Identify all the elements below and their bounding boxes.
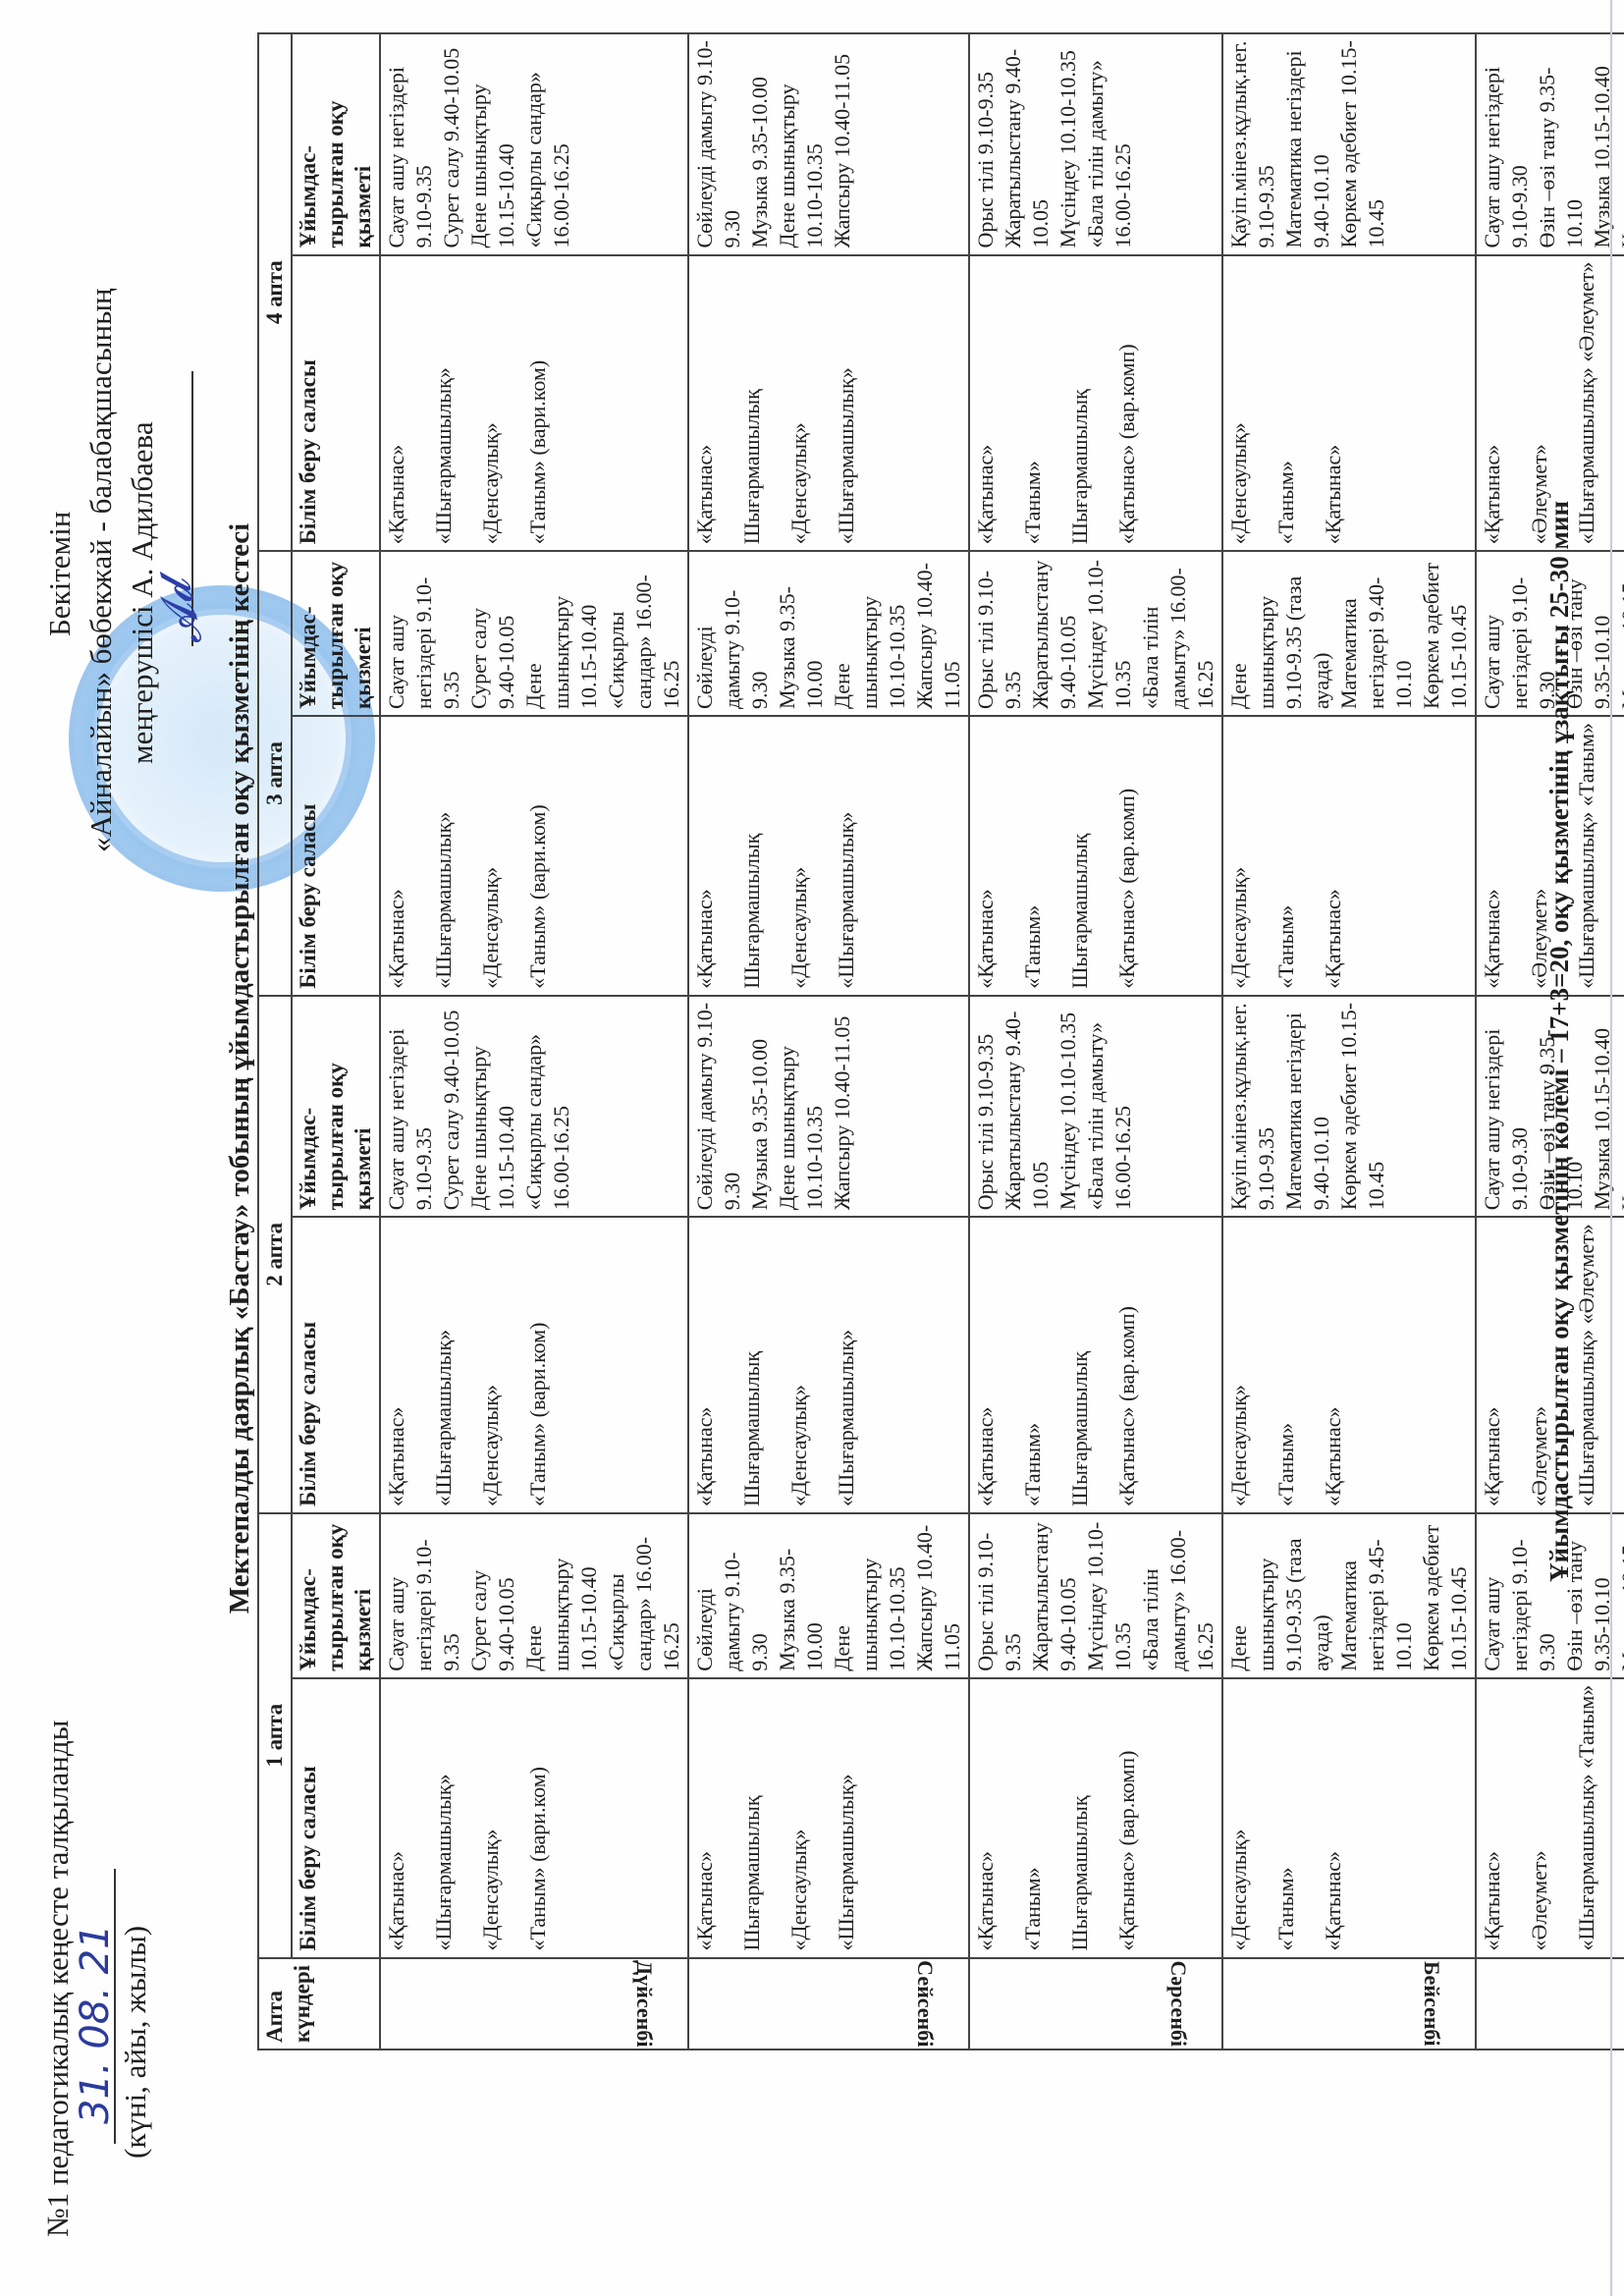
schedule-table: Апта күндері 1 апта 2 апта 3 апта 4 апта… [257,32,1624,2050]
activity-cell: Сауат ашу негіздері 9.10-9.35Сурет салу … [380,551,688,716]
activity-cell: Қауіп.мінез.құлық.нег. 9.10-9.35Математи… [1222,996,1476,1218]
area-entry: «Денсаулық» [1225,1685,1253,1951]
activity-entry: Сауат ашу негіздері 9.10-9.35 [383,40,438,248]
activity-entry: «Бала тілін дамыту» 16.00-16.25 [1137,1520,1219,1671]
area-cell: «Қатынас»«Шығармашылық»«Денсаулық»«Таным… [380,1217,688,1513]
day-cell: Дүйсенбі [380,1958,688,2050]
activity-entry: Орыс тілі 9.10-9.35 [972,558,1027,709]
area-entry: «Денсаулық» [1225,723,1253,989]
activity-entry: «Бала тілін дамыту» 16.00-16.25 [1082,1003,1137,1211]
area-entry: «Қатынас» (вар.комп) [1113,723,1141,989]
area-entry: «Таным» (вари.ком) [524,262,552,545]
activity-entry: Орыс тілі 9.10-9.35 [972,1003,1000,1211]
activity-entry: Математика негіздері 9.40-10.10 [1280,40,1335,248]
area-entry: «Қатынас» [383,262,410,545]
activity-entry: Музыка 9.35-10.00 [746,40,774,248]
week-3-header: 3 апта [258,551,292,996]
area-entry: «Таным» (вари.ком) [524,1224,552,1506]
area-entry: «Қатынас» [1320,723,1347,989]
area-entry: «Әлеумет» (вор.комп) [1620,1685,1624,1951]
area-entry: «Қатынас» (вар.комп) [1113,262,1141,545]
week-2-header: 2 апта [258,996,292,1513]
area-entry: Шығармашылық [1066,1224,1094,1506]
activity-entry: Сауат ашу негіздері 9.10-9.35 [383,1003,438,1211]
day-cell: Бейсенбі [1222,1958,1476,2050]
area-entry: «Қатынас» [1479,262,1506,545]
activity-entry: Көркем әдебиет 10.15-10.45 [1335,1003,1390,1211]
area-cell: «Денсаулық»«Таным»«Қатынас» [1222,716,1476,996]
area-entry: «Қатынас» [972,262,1000,545]
activity-entry: Музыка 9.35-10.00 [774,558,829,709]
activity-cell: Сауат ашу негіздері 9.10-9.35Сурет салу … [380,996,688,1218]
area-cell: «Қатынас»«Шығармашылық»«Денсаулық»«Таным… [380,255,688,552]
area-entry: «Денсаулық» [477,1685,505,1951]
activity-entry: Музыка 10.15-10.40 Қоршаған орта.тан. 10… [1589,40,1624,248]
area-entry: «Таным» [1272,1685,1300,1951]
area-entry: «Таным» (вари.ком) [524,1685,552,1951]
area-entry: «Денсаулық» [785,262,813,545]
area-entry: «Қатынас» [1479,1224,1506,1506]
activity-entry: «Сиқырлы сандар» 16.00-16.25 [603,558,685,709]
day-label: Бейсенбі [1418,1959,1445,2049]
area-cell: «Қатынас»«Шығармашылық»«Денсаулық»«Таным… [380,1678,688,1958]
activity-entry: Сөйлеуді дамыту 9.10-9.30 [691,1003,746,1211]
area-entry: «Қатынас» [972,1224,1000,1506]
activity-entry: Математика негіздері 9.45-10.10 [1335,1520,1418,1671]
activity-entry: Сурет салу 9.40-10.05 [438,1003,465,1211]
activity-cell: Сөйлеуді дамыту 9.10-9.30Музыка 9.35-10.… [688,996,969,1218]
activity-entry: Музыка 9.35-10.00 [774,1520,829,1671]
organization-name: «Айналайын» бөбекжай - балабақшасының [81,67,122,852]
week-4-header: 4 апта [258,33,292,551]
activity-entry: Музыка 9.35-10.00 [746,1003,774,1211]
activity-cell: Орыс тілі 9.10-9.35Жаратылыстану 9.40-10… [969,996,1222,1218]
area-cell: «Қатынас»«Таным»Шығармашылық«Қатынас» (в… [969,716,1222,996]
activity-entry: Дене шынықтыру 10.15-10.40 [465,40,520,248]
activity-entry: Дене шынықтыру 10.10-10.35 [774,1003,829,1211]
activity-entry: Көркем әдебиет 10.15-10.45 [1418,1520,1473,1671]
area-entry: «Денсаулық» [1225,262,1253,545]
activity-column-header: Ұйымдас-тырылған оқу қызметі [292,551,380,716]
activity-entry: Көркем әдебиет 10.15-10.45 [1418,558,1473,709]
area-entry: «Таным» [1272,723,1300,989]
area-cell: «Қатынас»Шығармашылық«Денсаулық»«Шығарма… [688,716,969,996]
area-entry: Шығармашылық [738,262,766,545]
activity-cell: Дене шынықтыру 9.10-9.35 (таза ауада)Мат… [1222,551,1476,716]
area-entry: «Әлеумет» (вор.комп) [1620,262,1624,545]
area-entry: Шығармашылық [1066,262,1094,545]
activity-entry: Дене шынықтыру 10.15-10.40 [465,1003,520,1211]
day-cell: Сәрсенбі [969,1958,1222,2050]
area-entry: «Денсаулық» [785,1685,813,1951]
area-entry: «Қатынас» [383,1224,410,1506]
area-entry: «Қатынас» [383,723,410,989]
activity-column-header: Ұйымдас-тырылған оқу қызметі [292,33,380,255]
activity-entry: Дене шынықтыру 10.10-10.35 [774,40,829,248]
activity-entry: Сауат ашу негіздері 9.10-9.30 [1479,1003,1534,1211]
activity-entry: «Бала тілін дамыту» 16.00-16.25 [1137,558,1219,709]
area-entry: «Таным» [1019,262,1047,545]
activity-entry: Математика негіздері 9.40-10.10 [1335,558,1418,709]
area-entry: «Шығармашылық» [430,1224,458,1506]
discussion-note: №1 педагогикалық кеңесте талқыланды 31. … [39,1720,154,2237]
area-entry: «Шығармашылық» [833,262,860,545]
activity-entry: Жаратылыстану 9.40-10.05 [1000,40,1055,248]
document-title: Мектепалды даярлық «Бастау» тобының ұйым… [224,86,256,2050]
activity-entry: Сөйлеуді дамыту 9.10-9.30 [691,1520,774,1671]
area-entry: «Әлеумет» (вор.комп) [1620,1224,1624,1506]
area-column-header: Білім беру саласы [292,255,380,552]
activity-entry: Дене шынықтыру 10.10-10.35 [829,1520,911,1671]
area-cell: «Қатынас»«Таным»Шығармашылық«Қатынас» (в… [969,1678,1222,1958]
day-label: Дүйсенбі [630,1959,658,2049]
activity-entry: Жапсыру 10.40-11.05 [829,40,856,248]
area-entry: Шығармашылық [1066,723,1094,989]
area-cell: «Қатынас»«Таным»Шығармашылық«Қатынас» (в… [969,255,1222,552]
table-row: Сәрсенбі«Қатынас»«Таным»Шығармашылық«Қат… [969,33,1222,2050]
activity-entry: Математика негіздері 9.40-10.10 [1280,1003,1335,1211]
activity-entry: Көркем әдебиет 10.15-10.45 [1335,40,1390,248]
head-name: меңгерушісі А. Адилбаева [122,67,163,764]
area-entry: «Шығармашылық» [833,1224,860,1506]
activity-entry: Мүсіндеу 10.10-10.35 [1055,40,1082,248]
area-entry: «Қатынас» [691,723,719,989]
area-entry: Шығармашылық [738,1685,766,1951]
activity-entry: Мүсіндеу 10.10-10.35 [1055,1003,1082,1211]
area-column-header: Білім беру саласы [292,1678,380,1958]
area-entry: «Қатынас» (вар.комп) [1113,1685,1141,1951]
activity-entry: Сурет салу 9.40-10.05 [465,558,520,709]
activity-entry: Дене шынықтыру 10.15-10.40 [520,1520,603,1671]
day-label: Сейсенбі [911,1959,939,2049]
activity-column-header: Ұйымдас-тырылған оқу қызметі [292,996,380,1218]
activity-entry: Мүсіндеу 10.10-10.35 [1082,558,1137,709]
activity-entry: Сурет салу 9.40-10.05 [438,40,465,248]
activity-entry: Сөйлеуді дамыту 9.10-9.30 [691,40,746,248]
area-entry: Шығармашылық [738,723,766,989]
table-row: Сейсенбі«Қатынас»Шығармашылық«Денсаулық»… [688,33,969,2050]
activity-entry: Сөйлеуді дамыту 9.10-9.30 [691,558,774,709]
day-header: Апта күндері [258,1958,380,2050]
activity-entry: Жапсыру 10.40-11.05 [911,558,966,709]
area-entry: «Қатынас» [1320,1685,1347,1951]
area-entry: «Шығармашылық» «Таным» [1573,723,1600,989]
area-column-header: Білім беру саласы [292,1217,380,1513]
activity-entry: «Сиқырлы сандар» 16.00-16.25 [520,1003,575,1211]
area-entry: «Қатынас» [1320,262,1347,545]
area-entry: «Шығармашылық» «Әлеумет» [1573,1224,1600,1506]
table-row: Дүйсенбі«Қатынас»«Шығармашылық»«Денсаулы… [380,33,688,2050]
activity-entry: Орыс тілі 9.10-9.35 [972,40,1000,248]
activity-entry: Музыка 10.15-10.40 Құрастыру 10.45-11.10 [1616,1520,1624,1671]
handwritten-date: 31. 08. 21 [77,1869,116,2144]
area-entry: «Таным» [1019,723,1047,989]
area-entry: «Шығармашылық» «Таным» [1573,1685,1600,1951]
day-label: Сәрсенбі [1164,1959,1192,2049]
footer-summary: Ұйымдастырылған оқу қызметінің көлемі – … [1544,32,1575,2050]
area-entry: «Қатынас» [972,723,1000,989]
activity-column-header: Ұйымдас-тырылған оқу қызметі [292,1513,380,1678]
area-entry: «Қатынас» [691,1224,719,1506]
area-entry: «Таным» [1019,1224,1047,1506]
area-entry: «Қатынас» [691,262,719,545]
activity-entry: Қауіп.мінез.құлық.нег. 9.10-9.35 [1225,40,1280,248]
area-entry: «Таным» [1272,262,1300,545]
activity-cell: Дене шынықтыру 9.10-9.35 (таза ауада)Мат… [1222,1513,1476,1678]
area-entry: «Қатынас» (вар.комп) [1113,1224,1141,1506]
activity-entry: Мүсіндеу 10.10-10.35 [1082,1520,1137,1671]
area-cell: «Денсаулық»«Таным»«Қатынас» [1222,255,1476,552]
area-entry: «Қатынас» [383,1685,410,1951]
area-cell: «Қатынас»Шығармашылық«Денсаулық»«Шығарма… [688,255,969,552]
activity-entry: Жапсыру 10.40-11.05 [829,1003,856,1211]
activity-cell: Сауат ашу негіздері 9.10-9.35Сурет салу … [380,1513,688,1678]
area-entry: «Шығармашылық» [833,1685,860,1951]
area-entry: «Қатынас» [1320,1224,1347,1506]
activity-entry: Сауат ашу негіздері 9.10-9.35 [383,1520,465,1671]
area-entry: «Денсаулық» [785,1224,813,1506]
date-caption: (күні, айы, жылы) [117,1720,154,2159]
approve-label: Бекітемін [39,67,81,636]
activity-cell: Сөйлеуді дамыту 9.10-9.30Музыка 9.35-10.… [688,1513,969,1678]
area-entry: «Денсаулық» [477,262,505,545]
activity-entry: Дене шынықтыру 10.10-10.35 [829,558,911,709]
approval-block: Бекітемін «Айналайын» бөбекжай - балабақ… [39,67,204,852]
activity-entry: Орыс тілі 9.10-9.35 [972,1520,1027,1671]
activity-entry: Сауат ашу негіздері 9.10-9.35 [383,558,465,709]
activity-entry: Жапсыру 10.40-11.05 [911,1520,966,1671]
area-entry: «Денсаулық» [477,1224,505,1506]
area-entry: «Шығармашылық» [430,262,458,545]
area-entry: «Шығармашылық» [833,723,860,989]
activity-cell: Орыс тілі 9.10-9.35Жаратылыстану 9.40-10… [969,33,1222,255]
area-entry: «Денсаулық» [1225,1224,1253,1506]
area-cell: «Қатынас»«Шығармашылық»«Денсаулық»«Таным… [380,716,688,996]
council-note: №1 педагогикалық кеңесте талқыланды [39,1720,77,2237]
activity-entry: Сурет салу 9.40-10.05 [465,1520,520,1671]
area-entry: «Қатынас» [691,1685,719,1951]
area-entry: «Шығармашылық» «Әлеумет» [1573,262,1600,545]
area-entry: «Таным» [1019,1685,1047,1951]
activity-cell: Сөйлеуді дамыту 9.10-9.30Музыка 9.35-10.… [688,33,969,255]
activity-entry: Дене шынықтыру 9.10-9.35 (таза ауада) [1225,558,1335,709]
activity-entry: Дене шынықтыру 9.10-9.35 (таза ауада) [1225,1520,1335,1671]
activity-cell: Қауіп.мінез.құлық.нег. 9.10-9.35Математи… [1222,33,1476,255]
activity-cell: Орыс тілі 9.10-9.35Жаратылыстану 9.40-10… [969,1513,1222,1678]
day-cell: Сейсенбі [688,1958,969,2050]
activity-entry: Музыка 10.15-10.40 Құрастыру 10.45-11.10 [1616,558,1624,709]
area-cell: «Денсаулық»«Таным»«Қатынас» [1222,1678,1476,1958]
activity-entry: Жаратылыстану 9.40-10.05 [1027,558,1082,709]
area-entry: Шығармашылық [738,1224,766,1506]
activity-entry: Жаратылыстану 9.40-10.05 [1000,1003,1055,1211]
area-entry: «Шығармашылық» [430,1685,458,1951]
area-entry: Шығармашылық [1066,1685,1094,1951]
activity-entry: «Сиқырлы сандар» 16.00-16.25 [520,40,575,248]
area-cell: «Қатынас»Шығармашылық«Денсаулық»«Шығарма… [688,1678,969,1958]
area-entry: «Шығармашылық» [430,723,458,989]
area-entry: «Таным» (вари.ком) [524,723,552,989]
area-entry: «Әлеумет» (вор.комп) [1620,723,1624,989]
table-row: Бейсенбі«Денсаулық»«Таным»«Қатынас»Дене … [1222,33,1476,2050]
activity-cell: Сөйлеуді дамыту 9.10-9.30Музыка 9.35-10.… [688,551,969,716]
area-column-header: Білім беру саласы [292,716,380,996]
activity-entry: Дене шынықтыру 10.15-10.40 [520,558,603,709]
area-cell: «Қатынас»«Таным»Шығармашылық«Қатынас» (в… [969,1217,1222,1513]
activity-entry: Сауат ашу негіздері 9.10-9.30 [1479,40,1534,248]
area-entry: «Қатынас» [972,1685,1000,1951]
activity-entry: Жаратылыстану 9.40-10.05 [1027,1520,1082,1671]
area-entry: «Қатынас» [1479,723,1506,989]
page-edge-divider [1610,0,1612,2296]
activity-cell: Сауат ашу негіздері 9.10-9.35Сурет салу … [380,33,688,255]
area-entry: «Қатынас» [1479,1685,1506,1951]
area-entry: «Денсаулық» [477,723,505,989]
document-sheet: №1 педагогикалық кеңесте талқыланды 31. … [0,0,1624,2296]
area-entry: «Таным» [1272,1224,1300,1506]
week-1-header: 1 апта [258,1513,292,1958]
area-cell: «Қатынас»Шығармашылық«Денсаулық»«Шығарма… [688,1217,969,1513]
activity-entry: «Бала тілін дамыту» 16.00-16.25 [1082,40,1137,248]
activity-entry: «Сиқырлы сандар» 16.00-16.25 [603,1520,685,1671]
area-entry: «Денсаулық» [785,723,813,989]
activity-entry: Қауіп.мінез.құлық.нег. 9.10-9.35 [1225,1003,1280,1211]
area-cell: «Денсаулық»«Таным»«Қатынас» [1222,1217,1476,1513]
activity-entry: Музыка 10.15-10.40 Қоршаған орта.тан. 10… [1589,1003,1624,1211]
activity-cell: Орыс тілі 9.10-9.35Жаратылыстану 9.40-10… [969,551,1222,716]
